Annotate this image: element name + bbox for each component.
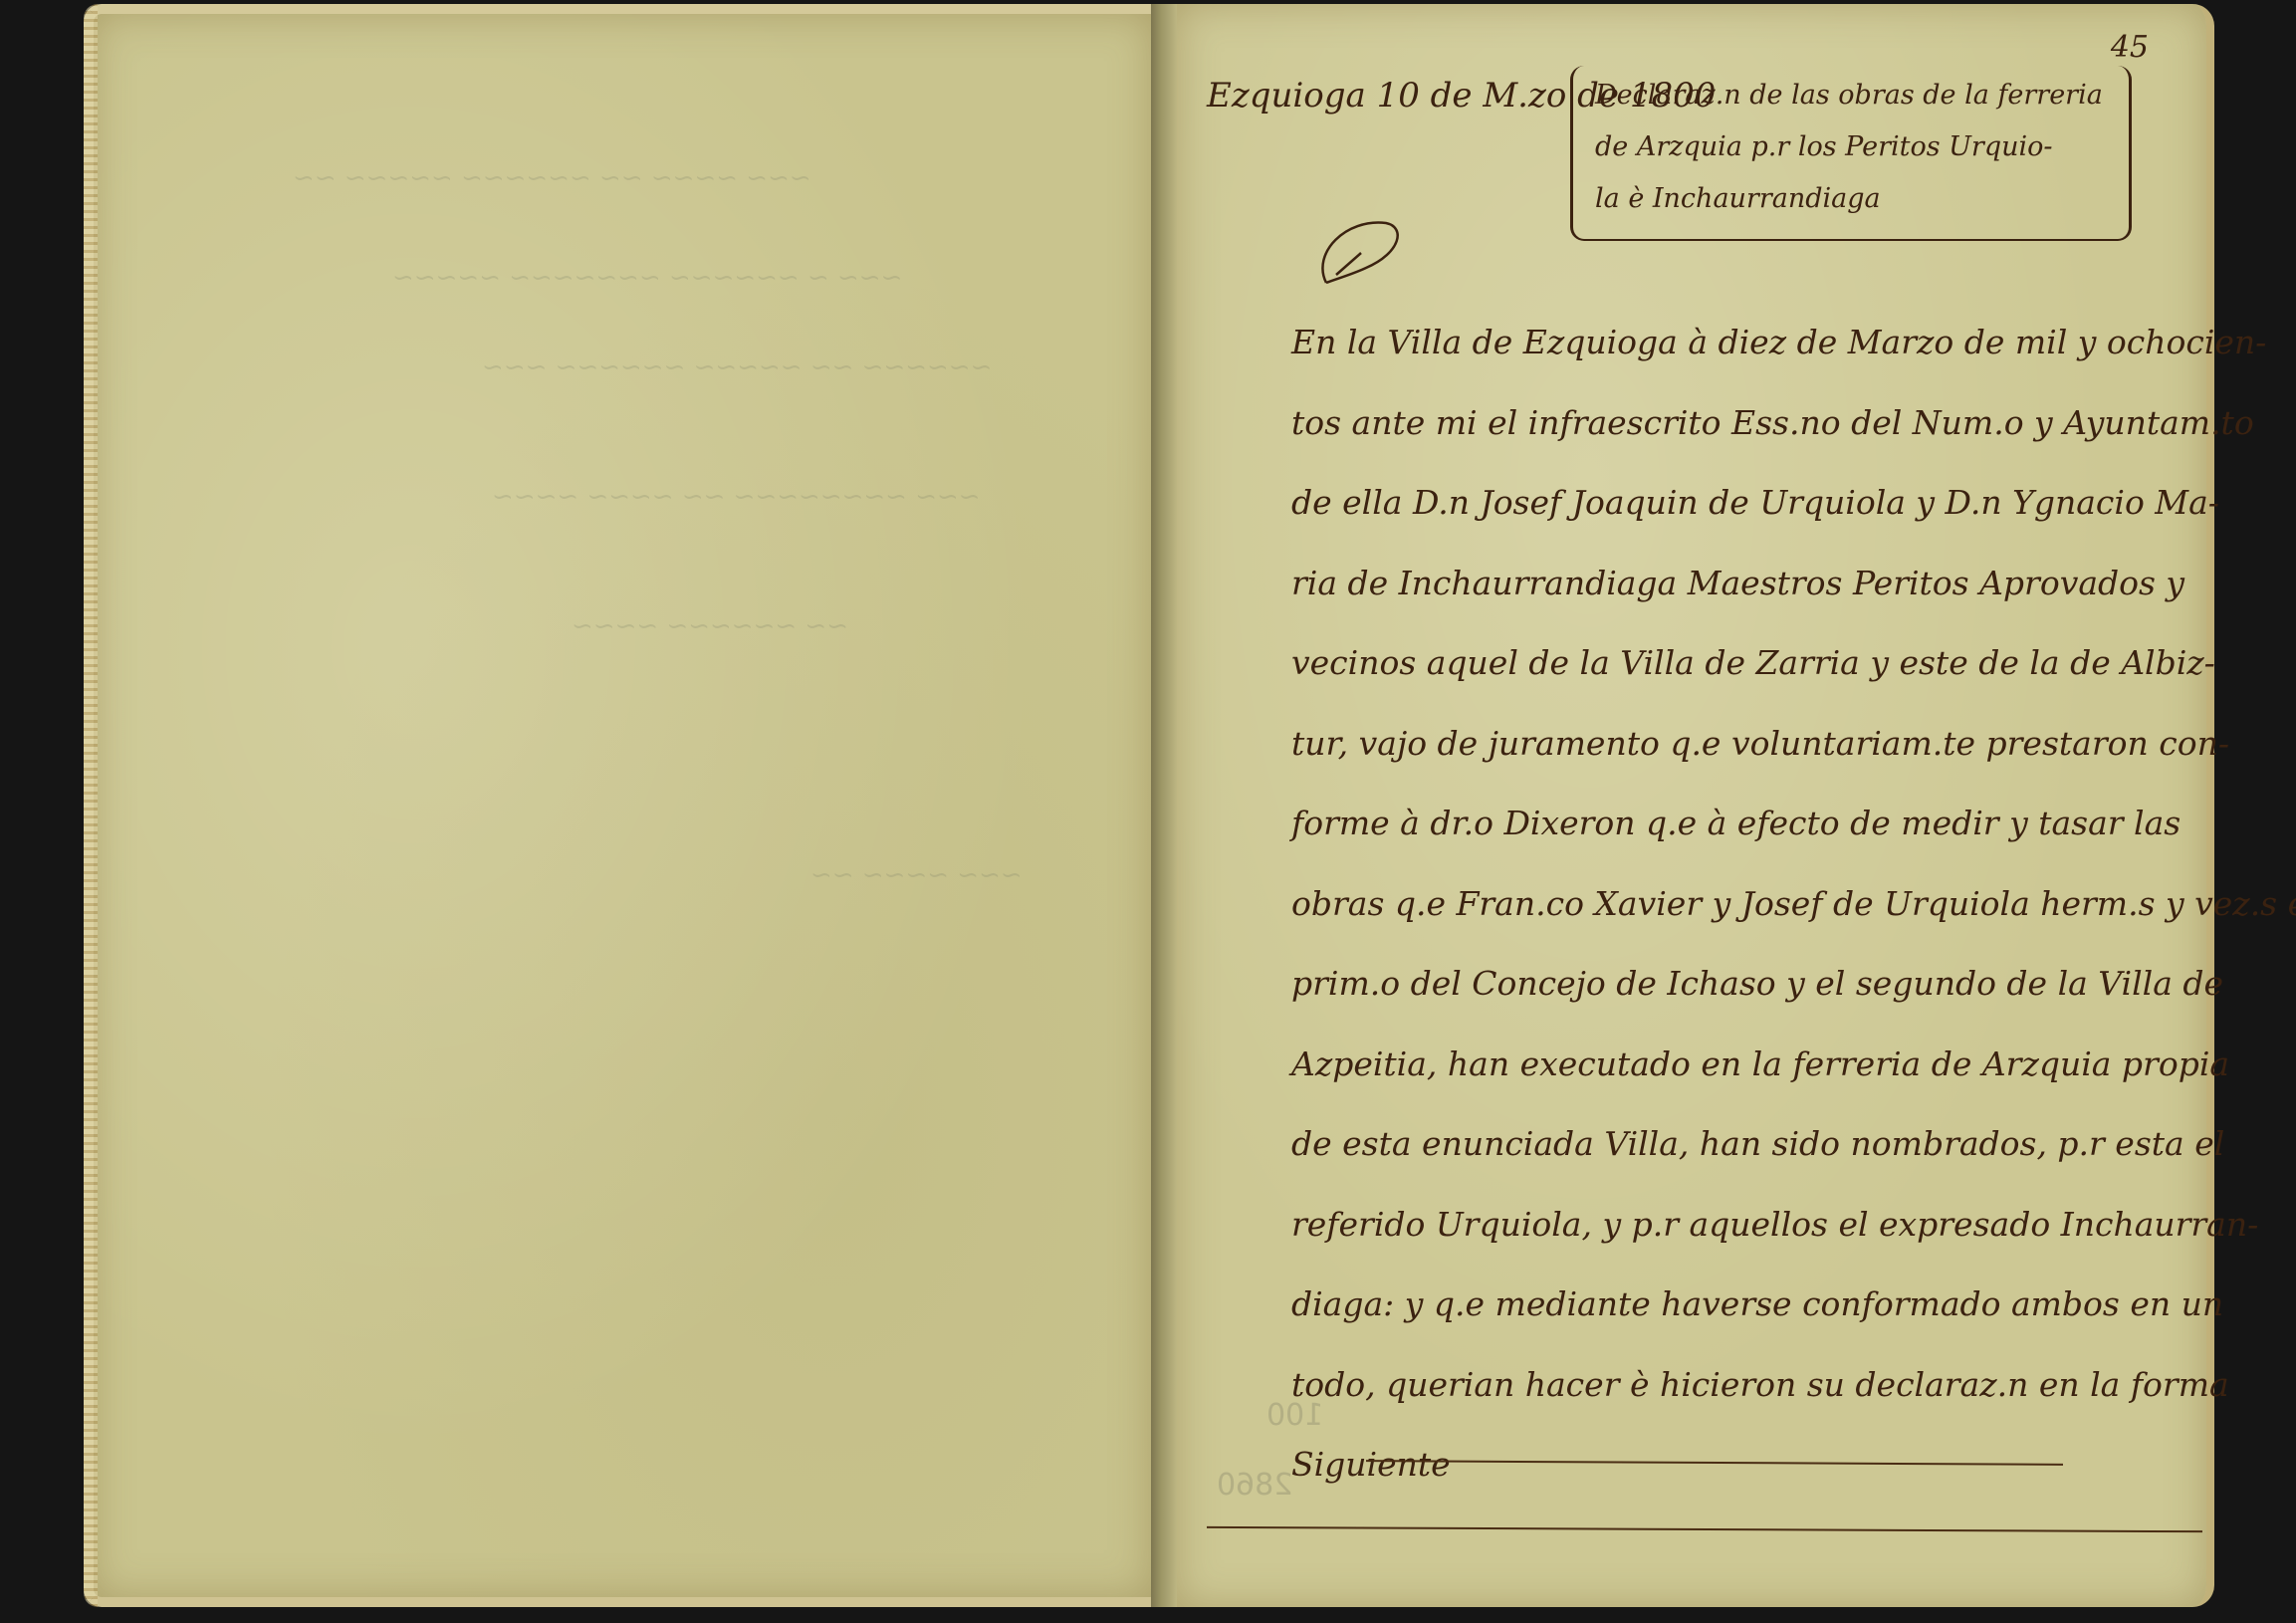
book-gutter: [1151, 4, 1177, 1607]
open-book: ~~~ ~~~~ ~~ ~~~~~~ ~~~~~ ~~ ~~~ ~ ~~~~~~…: [84, 4, 2214, 1607]
marginal-summary: Declaraz.n de las obras de la ferreria d…: [1570, 66, 2132, 241]
bleed-through-text: ~~~~~~ ~~ ~~~~~ ~~~~~~ ~~~: [482, 352, 992, 382]
body-line: prim.o del Concejo de Ichaso y el segund…: [1291, 944, 2187, 1025]
summary-line: la è Inchaurrandiaga: [1595, 173, 2113, 225]
body-line: tos ante mi el infraescrito Ess.no del N…: [1291, 383, 2187, 464]
initial-flourish-icon: [1306, 213, 1416, 303]
body-line: de ella D.n Josef Joaquin de Urquiola y …: [1291, 463, 2187, 544]
folio-number: 45: [2111, 30, 2149, 65]
bleed-through-text: ~~~ ~~~~ ~~: [810, 860, 1023, 890]
body-text: En la Villa de Ezquioga à diez de Marzo …: [1291, 303, 2187, 1506]
body-line: obras q.e Fran.co Xavier y Josef de Urqu…: [1291, 864, 2187, 945]
body-line: forme à dr.o Dixeron q.e à efecto de med…: [1291, 784, 2187, 864]
body-line: Azpeitia, han executado en la ferreria d…: [1291, 1025, 2187, 1105]
bleed-through-text: ~~~ ~~~~ ~~ ~~~~~~ ~~~~~ ~~: [293, 163, 811, 193]
bleed-through-text: ~~ ~~~~~~ ~~~~: [572, 611, 848, 641]
body-line: En la Villa de Ezquioga à diez de Marzo …: [1291, 303, 2187, 383]
pencil-mark: 2860: [1217, 1468, 1292, 1503]
summary-line: de Arzquia p.r los Peritos Urquio-: [1595, 121, 2113, 173]
summary-line: Declaraz.n de las obras de la ferreria: [1595, 70, 2113, 121]
document-viewer: ~~~ ~~~~ ~~ ~~~~~~ ~~~~~ ~~ ~~~ ~ ~~~~~~…: [0, 0, 2296, 1623]
bleed-through-text: ~~~ ~ ~~~~~~ ~~~~~~~ ~~~~~: [392, 263, 902, 293]
body-line: referido Urquiola, y p.r aquellos el exp…: [1291, 1185, 2187, 1266]
body-line: tur, vajo de juramento q.e voluntariam.t…: [1291, 704, 2187, 785]
body-line: todo, querian hacer è hicieron su declar…: [1291, 1345, 2187, 1426]
body-line: diaga: y q.e mediante haverse conformado…: [1291, 1265, 2187, 1345]
left-page: ~~~ ~~~~ ~~ ~~~~~~ ~~~~~ ~~ ~~~ ~ ~~~~~~…: [84, 4, 1151, 1607]
bleed-through-text: ~~~ ~~~~~~~~ ~~ ~~~~ ~~~~: [492, 482, 981, 512]
body-line: vecinos aquel de la Villa de Zarria y es…: [1291, 623, 2187, 704]
body-line: ria de Inchaurrandiaga Maestros Peritos …: [1291, 544, 2187, 624]
right-page: 100 2860 45 Ezquioga 10 de M.zo de 1800 …: [1177, 4, 2214, 1607]
page-footer-rule: [1207, 1526, 2202, 1532]
body-line: de esta enunciada Villa, han sido nombra…: [1291, 1104, 2187, 1185]
